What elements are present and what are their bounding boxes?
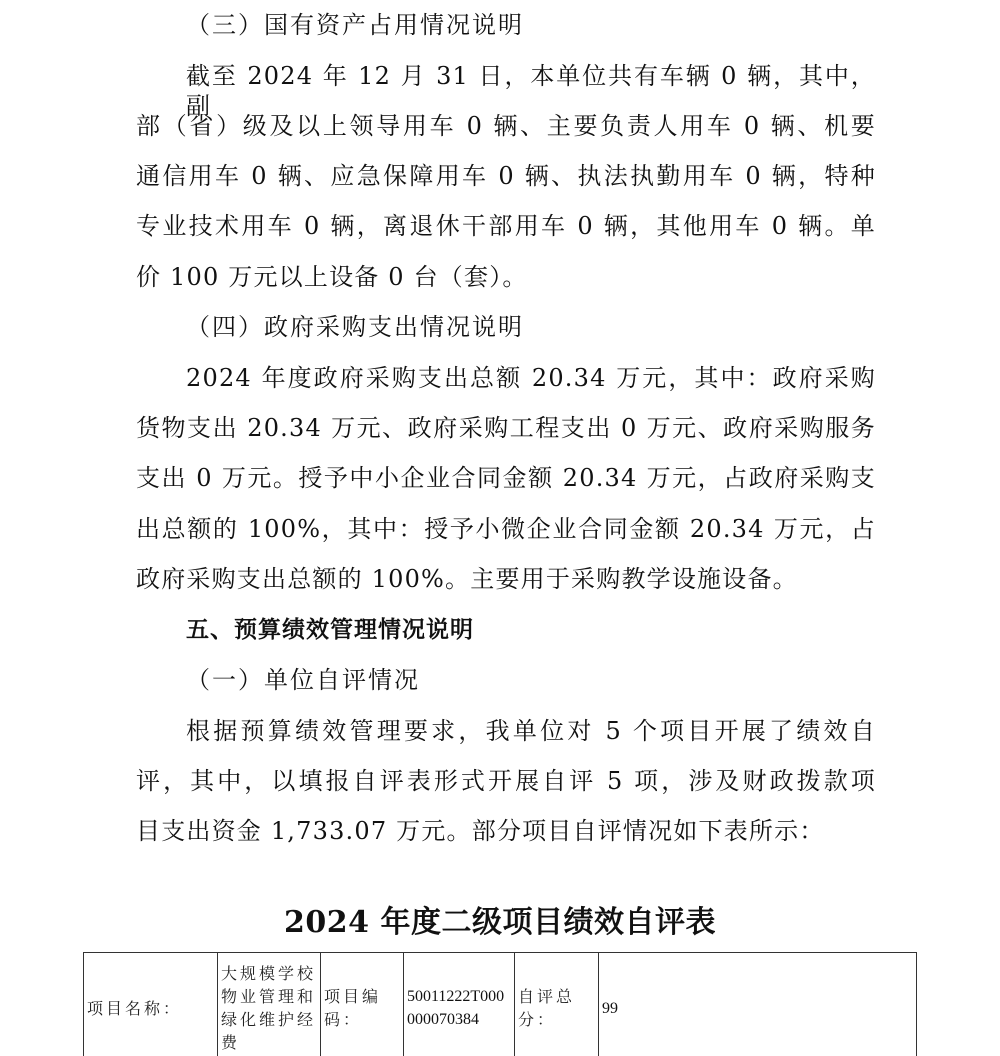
evaluation-table: 项目名称： 大规模学校物业管理和绿化维护经费 项目编码： 50011222T00… — [83, 952, 917, 1056]
paragraph-line: 2024 年度政府采购支出总额 20.34 万元，其中：政府采购 — [186, 363, 876, 393]
project-name-value: 大规模学校物业管理和绿化维护经费 — [218, 953, 321, 1056]
project-code-value: 50011222T000000070384 — [404, 953, 515, 1056]
document-page: （三）国有资产占用情况说明 截至 2024 年 12 月 31 日，本单位共有车… — [0, 0, 1000, 1056]
paragraph-line: 价 100 万元以上设备 0 台（套）。 — [136, 262, 876, 292]
paragraph-line: 货物支出 20.34 万元、政府采购工程支出 0 万元、政府采购服务 — [136, 413, 876, 443]
paragraph-line: 通信用车 0 辆、应急保障用车 0 辆、执法执勤用车 0 辆，特种 — [136, 161, 876, 191]
section-heading-self-evaluation: （一）单位自评情况 — [186, 665, 876, 695]
table-title: 2024 年度二级项目绩效自评表 — [0, 903, 1000, 943]
paragraph-line: 支出 0 万元。授予中小企业合同金额 20.34 万元，占政府采购支 — [136, 463, 876, 493]
paragraph-line: 出总额的 100%，其中：授予小微企业合同金额 20.34 万元，占 — [136, 514, 876, 544]
table-row: 项目名称： 大规模学校物业管理和绿化维护经费 项目编码： 50011222T00… — [84, 953, 917, 1056]
paragraph-line: 专业技术用车 0 辆，离退休干部用车 0 辆，其他用车 0 辆。单 — [136, 211, 876, 241]
self-score-value: 99 — [599, 953, 917, 1056]
project-code-label: 项目编码： — [321, 953, 404, 1056]
paragraph-line: 政府采购支出总额的 100%。主要用于采购教学设施设备。 — [136, 564, 876, 594]
paragraph-line: 部（省）级及以上领导用车 0 辆、主要负责人用车 0 辆、机要 — [136, 111, 876, 141]
chapter-heading-performance: 五、预算绩效管理情况说明 — [186, 615, 876, 645]
section-heading-gov-procurement: （四）政府采购支出情况说明 — [186, 312, 876, 342]
self-score-label: 自评总分： — [515, 953, 599, 1056]
paragraph-line: 根据预算绩效管理要求，我单位对 5 个项目开展了绩效自 — [186, 716, 876, 746]
section-heading-state-assets: （三）国有资产占用情况说明 — [186, 10, 876, 40]
paragraph-line: 目支出资金 1,733.07 万元。部分项目自评情况如下表所示： — [136, 816, 876, 846]
project-name-label: 项目名称： — [84, 953, 218, 1056]
paragraph-line: 评，其中，以填报自评表形式开展自评 5 项，涉及财政拨款项 — [136, 766, 876, 796]
